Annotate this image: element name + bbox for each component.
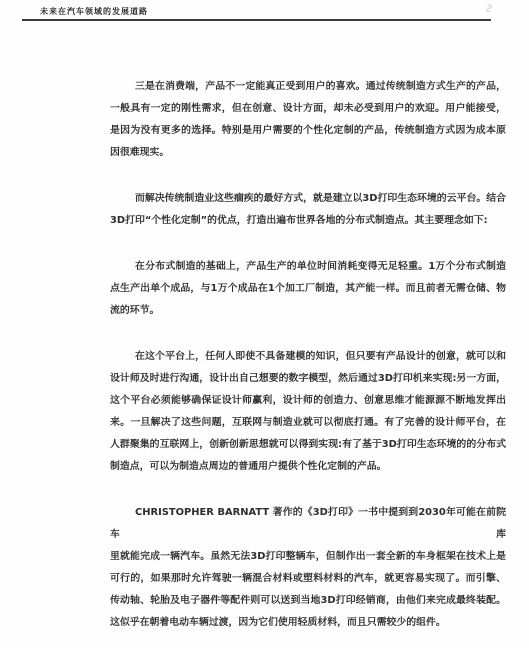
page-header-title: 未来在汽车领域的发展道路 bbox=[40, 6, 148, 18]
text-line: CHRISTOPHER BARNATT 著作的《3D打印》一书中提到到2030年… bbox=[110, 502, 506, 546]
text-line: 人群聚集的互联网上，创新创新思想就可以得到实现:有了基于3D打印生态环境的的分布… bbox=[110, 434, 506, 456]
text-line: 一般具有一定的刚性需求，但在创意、设计方面，却未必受到用户的欢迎。用户能接受， bbox=[110, 98, 506, 120]
paragraph: 三是在消费端，产品不一定能真正受到用户的喜欢。通过传统制造方式生产的产品，一般具… bbox=[110, 76, 506, 164]
text-line: 在这个平台上，任何人即使不具备建模的知识，但只要有产品设计的创意，就可以和 bbox=[110, 346, 506, 368]
text-line: 设计师及时进行沟通，设计出自己想要的数字模型，然后通过3D打印机来实现:另一方面… bbox=[110, 368, 506, 390]
text-line: 三是在消费端，产品不一定能真正受到用户的喜欢。通过传统制造方式生产的产品， bbox=[110, 76, 506, 98]
paragraph: 在这个平台上，任何人即使不具备建模的知识，但只要有产品设计的创意，就可以和设计师… bbox=[110, 346, 506, 478]
text-line: 3D打印“个性化定制”的优点，打造出遍布世界各地的分布式制造点。其主要理念如下: bbox=[110, 210, 506, 232]
text-line: 传动轴、轮胎及电子器件等配件则可以送到当地3D打印经销商，由他们来完成最终装配。 bbox=[110, 590, 506, 612]
text-line: 这个平台必须能够确保证设计师赢利，设计师的创造力、创意思维才能源源不断地发挥出 bbox=[110, 390, 506, 412]
text-line: 里就能完成一辆汽车。虽然无法3D打印整辆车，但制作出一套全新的车身框架在技术上是 bbox=[110, 546, 506, 568]
text-line: 是因为没有更多的选择。特别是用户需要的个性化定制的产品，传统制造方式因为成本原 bbox=[110, 120, 506, 142]
text-line: 点生产出单个成品，与1万个成品在1个加工厂制造，其产能一样。而且前者无需仓储、物 bbox=[110, 278, 506, 300]
paragraph: 在分布式制造的基础上，产品生产的单位时间消耗变得无足轻重。1万个分布式制造点生产… bbox=[110, 256, 506, 322]
header-rule bbox=[22, 19, 491, 21]
text-line: 制造点，可以为制造点周边的普通用户提供个性化定制的产品。 bbox=[110, 456, 506, 478]
corner-smudge-mark: ∿ bbox=[480, 1, 497, 15]
text-line: 这似乎在朝着电动车辆过渡，因为它们使用轻质材料，而且只需较少的组件。 bbox=[110, 612, 506, 634]
document-body: 三是在消费端，产品不一定能真正受到用户的喜欢。通过传统制造方式生产的产品，一般具… bbox=[110, 76, 506, 634]
paragraph: CHRISTOPHER BARNATT 著作的《3D打印》一书中提到到2030年… bbox=[110, 502, 506, 634]
paragraph: 而解决传统制造业这些痼疾的最好方式，就是建立以3D打印生态环境的云平台。结合3D… bbox=[110, 188, 506, 232]
document-page: 未来在汽车领域的发展道路 ∿ 三是在消费端，产品不一定能真正受到用户的喜欢。通过… bbox=[0, 0, 529, 648]
text-line: 来。一旦解决了这些问题，互联网与制造业就可以彻底打通。有了完善的设计师平台，在 bbox=[110, 412, 506, 434]
text-line: 可行的，如果那时允许驾驶一辆混合材料或塑料材料的汽车，就更容易实现了。而引擎、 bbox=[110, 568, 506, 590]
text-line: 而解决传统制造业这些痼疾的最好方式，就是建立以3D打印生态环境的云平台。结合 bbox=[110, 188, 506, 210]
text-line: 流的环节。 bbox=[110, 300, 506, 322]
text-line: 在分布式制造的基础上，产品生产的单位时间消耗变得无足轻重。1万个分布式制造 bbox=[110, 256, 506, 278]
text-line: 因很难现实。 bbox=[110, 142, 506, 164]
